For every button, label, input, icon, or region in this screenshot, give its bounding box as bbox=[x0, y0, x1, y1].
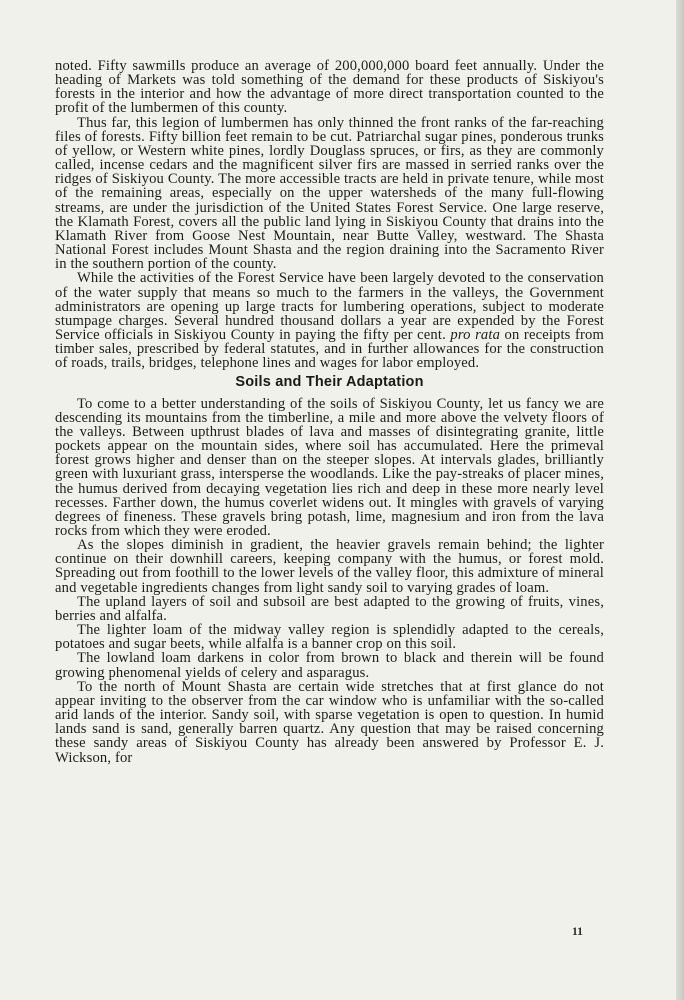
page-edge-shadow bbox=[676, 0, 684, 1000]
paragraph: To the north of Mount Shasta are certain… bbox=[55, 680, 604, 765]
paragraph-forest-service: While the activities of the Forest Servi… bbox=[55, 271, 604, 370]
section-heading: Soils and Their Adaptation bbox=[55, 375, 604, 389]
paragraph: To come to a better understanding of the… bbox=[55, 397, 604, 539]
paragraph: Thus far, this legion of lumbermen has o… bbox=[55, 116, 604, 272]
paragraph: The lowland loam darkens in color from b… bbox=[55, 651, 604, 679]
paragraph: The lighter loam of the midway valley re… bbox=[55, 623, 604, 651]
paragraph: As the slopes diminish in gradient, the … bbox=[55, 538, 604, 595]
paragraph: The upland layers of soil and subsoil ar… bbox=[55, 595, 604, 623]
paragraph: noted. Fifty sawmills produce an average… bbox=[55, 59, 604, 116]
page-number: 11 bbox=[572, 926, 583, 938]
page-body: noted. Fifty sawmills produce an average… bbox=[55, 59, 604, 765]
soils-section: To come to a better understanding of the… bbox=[55, 397, 604, 765]
forestry-section: noted. Fifty sawmills produce an average… bbox=[55, 59, 604, 271]
book-page: noted. Fifty sawmills produce an average… bbox=[0, 0, 678, 1000]
